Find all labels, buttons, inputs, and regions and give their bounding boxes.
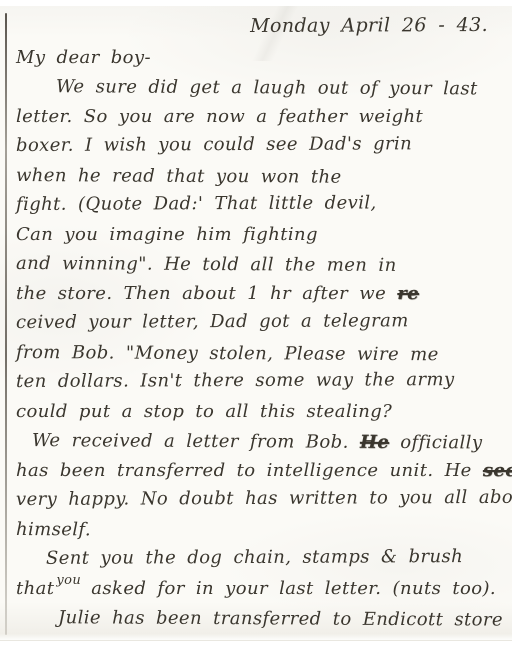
letter-scan: Monday April 26 - 43.My dear boy-We sure…: [0, 0, 512, 657]
letter-line: We received a letter from Bob. He offici…: [16, 426, 508, 458]
letter-line: fight. (Quote Dad:' That little devil,: [16, 188, 508, 220]
handwriting-text: letter. So you are now a feather weight: [16, 106, 423, 127]
letter-line: Monday April 26 - 43.: [16, 11, 508, 43]
handwriting-text: We sure did get a laugh out of your last: [56, 76, 478, 99]
handwriting-text: officially: [389, 432, 482, 453]
overwritten-word: seems: [483, 460, 512, 481]
handwriting-text: My dear boy-: [16, 47, 151, 68]
letter-line: ceived your letter, Dad got a telegram: [16, 306, 508, 338]
handwriting-text: ceived your letter, Dad got a telegram: [16, 310, 409, 333]
inserted-word: you: [56, 566, 81, 596]
handwriting-text: boxer. I wish you could see Dad's grin: [16, 133, 412, 156]
letter-line: My dear boy-: [16, 43, 508, 73]
handwriting-text: We received a letter from Bob.: [32, 430, 360, 453]
letter-line: thatyou asked for in your last letter. (…: [16, 574, 508, 604]
handwriting-text: and winning". He told all the men in: [16, 253, 397, 276]
handwriting-text: Can you imagine him fighting: [16, 224, 318, 245]
overwritten-word: re: [397, 283, 419, 304]
handwriting-text: himself.: [16, 519, 91, 540]
handwriting-text: fight. (Quote Dad:' That little devil,: [16, 192, 377, 215]
handwriting-text: ten dollars. Isn't there some way the ar…: [16, 369, 455, 392]
letter-line: could put a stop to all this stealing?: [16, 397, 508, 427]
overwritten-word: He: [360, 432, 389, 453]
handwriting-text: asked for in your last letter. (nuts too…: [80, 578, 496, 599]
letter-line: Can you imagine him fighting: [16, 220, 508, 250]
letter-paper: Monday April 26 - 43.My dear boy-We sure…: [0, 6, 512, 641]
letter-line: and winning". He told all the men in: [16, 249, 508, 281]
handwriting-text: Julie has been transferred to Endicott s…: [58, 607, 503, 630]
handwriting-text: very happy. No doubt has written to you …: [16, 487, 512, 510]
paper-edge-line: [5, 13, 7, 635]
letter-line: letter. So you are now a feather weight: [16, 102, 508, 132]
letter-line: Julie has been transferred to Endicott s…: [16, 603, 508, 635]
handwriting-text: has been transferred to intelligence uni…: [16, 460, 483, 481]
handwriting-text: that: [16, 578, 54, 599]
letter-line: Sent you the dog chain, stamps & brush: [16, 542, 508, 574]
letter-line: boxer. I wish you could see Dad's grin: [16, 129, 508, 161]
handwriting-text: when he read that you won the: [16, 165, 342, 188]
handwriting-text: could put a stop to all this stealing?: [16, 401, 392, 422]
handwriting-text: Monday April 26 - 43.: [250, 14, 488, 37]
letter-line: has been transferred to intelligence uni…: [16, 456, 508, 486]
letter-lines: Monday April 26 - 43.My dear boy-We sure…: [16, 13, 508, 633]
handwriting-text: Sent you the dog chain, stamps & brush: [46, 546, 463, 569]
letter-line: We sure did get a laugh out of your last: [16, 72, 508, 104]
letter-line: the store. Then about 1 hr after we re: [16, 279, 508, 309]
handwriting-text: from Bob. "Money stolen, Please wire me: [16, 342, 439, 365]
letter-line: very happy. No doubt has written to you …: [16, 483, 508, 515]
handwriting-text: the store. Then about 1 hr after we: [16, 283, 397, 304]
letter-line: ten dollars. Isn't there some way the ar…: [16, 365, 508, 397]
